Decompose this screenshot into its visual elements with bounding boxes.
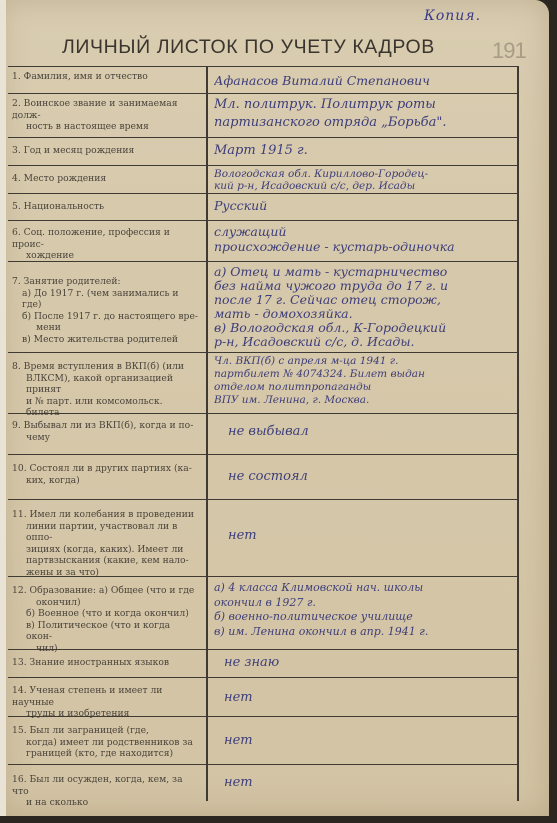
field-row-academic-degree: 14. Ученая степень и имеет ли научныетру… bbox=[8, 677, 519, 716]
field-value-rank-position: Мл. политрук. Политрук ротыпартизанского… bbox=[206, 94, 519, 137]
field-row-abroad: 15. Был ли заграницей (где, когда) имеет… bbox=[8, 716, 519, 764]
personnel-form: 1. Фамилия, имя и отчество Афанасов Вита… bbox=[8, 66, 519, 801]
field-value-convicted: нет bbox=[206, 765, 519, 801]
field-label: 13. Знание иностранных языков bbox=[8, 650, 202, 677]
field-value-languages: не знаю bbox=[206, 650, 519, 677]
field-row-parents-occupation: 7. Занятие родителей: а) До 1917 г. (чем… bbox=[8, 261, 519, 352]
field-value-birth-date: Март 1915 г. bbox=[206, 138, 519, 165]
field-row-education: 12. Образование: а) Общее (что и где око… bbox=[8, 576, 519, 649]
field-label: 12. Образование: а) Общее (что и где око… bbox=[8, 577, 202, 649]
field-label: 8. Время вступления в ВКП(б) (или ВЛКСМ)… bbox=[8, 353, 202, 413]
archive-page-number: 191 bbox=[492, 38, 526, 64]
field-row-other-parties: 10. Состоял ли в других партиях (ка-ких,… bbox=[8, 454, 519, 499]
field-row-left-party: 9. Выбывал ли из ВКП(б), когда и по-чему… bbox=[8, 413, 519, 454]
field-value-academic-degree: нет bbox=[206, 678, 519, 716]
field-label: 10. Состоял ли в других партиях (ка-ких,… bbox=[8, 455, 202, 499]
field-label: 9. Выбывал ли из ВКП(б), когда и по-чему bbox=[8, 414, 202, 454]
field-row-social-status: 6. Соц. положение, профессия и проис-хож… bbox=[8, 220, 519, 261]
field-value-education: а) 4 класса Климовской нач. школы окончи… bbox=[206, 577, 519, 649]
field-label: 4. Место рождения bbox=[8, 166, 202, 193]
field-row-rank-position: 2. Воинское звание и занимаемая долж-нос… bbox=[8, 93, 519, 137]
field-label: 14. Ученая степень и имеет ли научныетру… bbox=[8, 678, 202, 716]
field-row-full-name: 1. Фамилия, имя и отчество Афанасов Вита… bbox=[8, 66, 519, 93]
field-value-parents-occupation: а) Отец и мать - кустарничество без найм… bbox=[206, 262, 519, 352]
field-row-convicted: 16. Был ли осужден, когда, кем, за чтои … bbox=[8, 764, 519, 801]
field-label: 15. Был ли заграницей (где, когда) имеет… bbox=[8, 717, 202, 764]
form-title: ЛИЧНЫЙ ЛИСТОК ПО УЧЕТУ КАДРОВ bbox=[62, 36, 482, 59]
field-label: 11. Имел ли колебания в проведении линии… bbox=[8, 500, 202, 576]
field-label: 3. Год и месяц рождения bbox=[8, 138, 202, 165]
field-row-birth-date: 3. Год и месяц рождения Март 1915 г. bbox=[8, 137, 519, 165]
field-value-nationality: Русский bbox=[206, 194, 519, 220]
field-label: 1. Фамилия, имя и отчество bbox=[8, 67, 202, 93]
field-value-birth-place: Вологодская обл. Кириллово-Городец-кий р… bbox=[206, 166, 519, 193]
field-value-abroad: нет bbox=[206, 717, 519, 764]
field-value-party-membership: Чл. ВКП(б) с апреля м-ца 1941 г. партбил… bbox=[206, 353, 519, 413]
field-value-full-name: Афанасов Виталий Степанович bbox=[206, 67, 519, 93]
field-row-nationality: 5. Национальность Русский bbox=[8, 193, 519, 220]
field-label: 5. Национальность bbox=[8, 194, 202, 220]
document-page: Копия. ЛИЧНЫЙ ЛИСТОК ПО УЧЕТУ КАДРОВ 191… bbox=[0, 0, 549, 816]
field-label: 7. Занятие родителей: а) До 1917 г. (чем… bbox=[8, 262, 202, 352]
field-label: 2. Воинское звание и занимаемая долж-нос… bbox=[8, 94, 202, 137]
field-row-party-deviations: 11. Имел ли колебания в проведении линии… bbox=[8, 499, 519, 576]
field-row-party-membership: 8. Время вступления в ВКП(б) (или ВЛКСМ)… bbox=[8, 352, 519, 413]
field-value-social-status: служащийпроисхождение - кустарь-одиночка bbox=[206, 221, 519, 261]
field-label: 16. Был ли осужден, когда, кем, за чтои … bbox=[8, 765, 202, 801]
field-label: 6. Соц. положение, профессия и проис-хож… bbox=[8, 221, 202, 261]
field-value-other-parties: не состоял bbox=[206, 455, 519, 499]
field-value-left-party: не выбывал bbox=[206, 414, 519, 454]
field-value-party-deviations: нет bbox=[206, 500, 519, 576]
field-row-birth-place: 4. Место рождения Вологодская обл. Кирил… bbox=[8, 165, 519, 193]
field-row-languages: 13. Знание иностранных языков не знаю bbox=[8, 649, 519, 677]
copy-stamp: Копия. bbox=[424, 8, 481, 24]
